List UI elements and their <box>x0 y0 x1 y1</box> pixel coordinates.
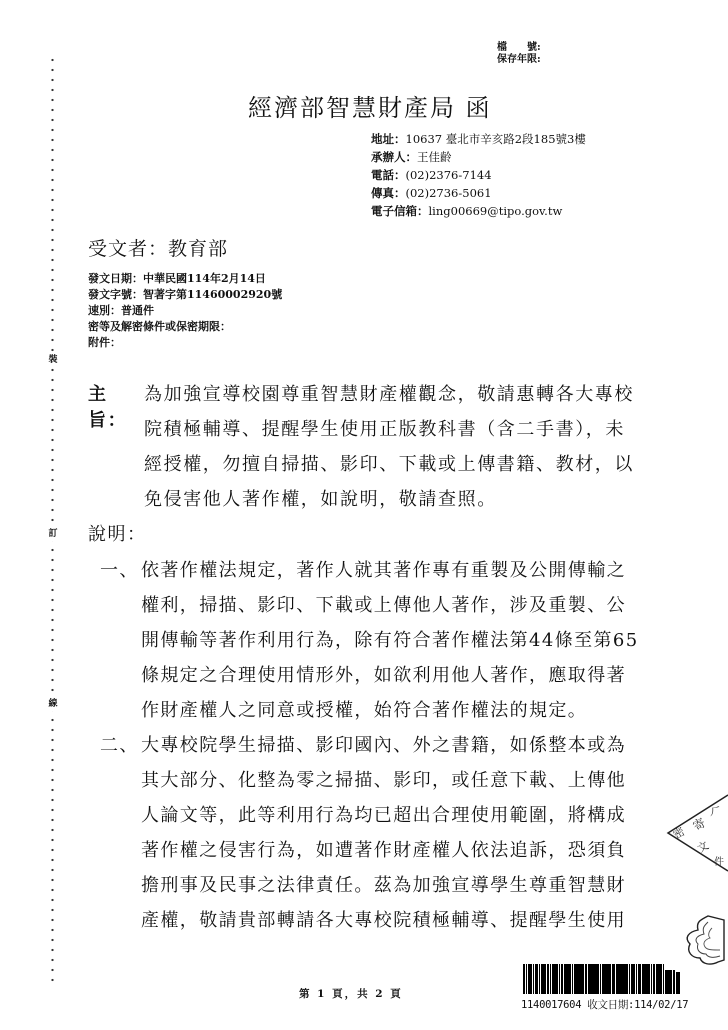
doc-number-label: 發文字號： <box>88 288 143 301</box>
item-number: 一、 <box>100 556 139 582</box>
archive-info: 檔 號: 保存年限: <box>497 42 541 66</box>
handler-value: 王佳齡 <box>417 150 452 164</box>
received-date-label: 收文日期: <box>587 999 634 1011</box>
binding-mark-staple: 訂 <box>46 527 60 541</box>
recipient-value: 教育部 <box>168 238 228 260</box>
issue-date-value: 中華民國114年2月14日 <box>143 272 266 285</box>
binding-mark-line: 線 <box>46 697 60 711</box>
receipt-info: 1140017604 收文日期:114/02/17 <box>521 997 688 1012</box>
item-line: 依著作權法規定，著作人就其著作專有重製及公開傳輸之 <box>141 556 626 582</box>
email-label: 電子信箱： <box>371 204 429 218</box>
received-date-value: 114/02/17 <box>634 999 688 1011</box>
svg-text:件: 件 <box>714 855 724 868</box>
phone-row: 電話：(02)2376-7144 <box>371 166 586 184</box>
recipient-label: 受文者： <box>88 238 168 260</box>
file-number-label: 檔 號: <box>497 42 541 54</box>
subject-line: 院積極輔導、提醒學生使用正版教科書（含二手書），未 <box>144 415 625 441</box>
item-line: 條規定之合理使用情形外，如欲利用他人著作，應取得著 <box>141 661 626 687</box>
item-line: 權利，掃描、影印、下載或上傳他人著作，涉及重製、公 <box>141 591 626 617</box>
doc-number-row: 發文字號：智著字第11460002920號 <box>88 287 282 303</box>
item-line: 人論文等，此等利用行為均已超出合理使用範圍，將構成 <box>141 801 626 827</box>
svg-text:文: 文 <box>695 839 711 856</box>
subject-line: 經授權，勿擅自掃描、影印、下載或上傳書籍、教材，以 <box>144 450 634 476</box>
item-line: 大專校院學生掃描、影印國內、外之書籍，如係整本或為 <box>141 731 626 757</box>
page-indicator: 第 1 頁，共 2 頁 <box>299 986 403 1001</box>
item-line: 其大部分、化整為零之掃描、影印，或任意下載、上傳他 <box>141 766 626 792</box>
email-value[interactable]: ling00669@tipo.gov.tw <box>429 204 563 218</box>
address-value: 10637 臺北市辛亥路2段185號3樓 <box>406 132 586 146</box>
address-row: 地址：10637 臺北市辛亥路2段185號3樓 <box>371 130 586 148</box>
speed-row: 速別：普通件 <box>88 303 282 319</box>
recipient: 受文者：教育部 <box>88 234 228 261</box>
fax-row: 傳真：(02)2736-5061 <box>371 184 586 202</box>
contact-info: 地址：10637 臺北市辛亥路2段185號3樓 承辦人：王佳齡 電話：(02)2… <box>371 130 586 220</box>
subject-line: 為加強宣導校園尊重智慧財產權觀念，敬請惠轉各大專校 <box>144 380 634 406</box>
item-number: 二、 <box>100 731 139 757</box>
item-line: 開傳輸等著作利用行為，除有符合著作權法第44條至第65 <box>141 626 639 652</box>
binding-dotted-line <box>51 55 54 983</box>
secrecy-label: 密等及解密條件或保密期限： <box>88 320 231 333</box>
barcode-icon <box>523 964 701 994</box>
svg-text:⺁: ⺁ <box>710 805 721 818</box>
subject-label: 主旨： <box>88 380 146 432</box>
attachment-label: 附件： <box>88 336 121 349</box>
doc-number-value: 智著字第11460002920號 <box>143 288 282 301</box>
phone-value: (02)2376-7144 <box>406 168 492 182</box>
item-line: 著作權之侵害行為，如遭著作財產權人依法追訴，恐須負 <box>141 836 626 862</box>
subject-line: 免侵害他人著作權，如說明，敬請查照。 <box>144 485 497 511</box>
address-label: 地址： <box>371 132 406 146</box>
item-line: 產權，敬請貴部轉請各大專校院積極輔導、提醒學生使用 <box>141 906 626 932</box>
retention-period-label: 保存年限: <box>497 54 541 66</box>
handler-row: 承辦人：王佳齡 <box>371 148 586 166</box>
document-meta: 發文日期：中華民國114年2月14日 發文字號：智著字第11460002920號… <box>88 271 282 351</box>
attachment-row: 附件： <box>88 335 282 351</box>
issue-date-label: 發文日期： <box>88 272 143 285</box>
fax-label: 傳真： <box>371 186 406 200</box>
email-row: 電子信箱：ling00669@tipo.gov.tw <box>371 202 586 220</box>
speed-label: 速別： <box>88 304 121 317</box>
item-line: 擔刑事及民事之法律責任。茲為加強宣導學生尊重智慧財 <box>141 871 626 897</box>
document-title: 經濟部智慧財產局 函 <box>248 88 492 123</box>
item-line: 作財產權人之同意或授權，始符合著作權法的規定。 <box>141 696 587 722</box>
issue-date-row: 發文日期：中華民國114年2月14日 <box>88 271 282 287</box>
secrecy-row: 密等及解密條件或保密期限： <box>88 319 282 335</box>
receipt-stamp-icon: ⺁ 寄 密 文 件 <box>662 793 728 873</box>
phone-label: 電話： <box>371 168 406 182</box>
explanation-label: 說明： <box>88 520 147 546</box>
handler-label: 承辦人： <box>371 150 417 164</box>
binding-mark-bind: 裝 <box>46 353 60 367</box>
seal-fragment-icon <box>678 912 728 968</box>
fax-value: (02)2736-5061 <box>406 186 492 200</box>
speed-value: 普通件 <box>121 304 154 317</box>
svg-text:密: 密 <box>671 824 688 842</box>
barcode-number: 1140017604 <box>521 999 581 1011</box>
